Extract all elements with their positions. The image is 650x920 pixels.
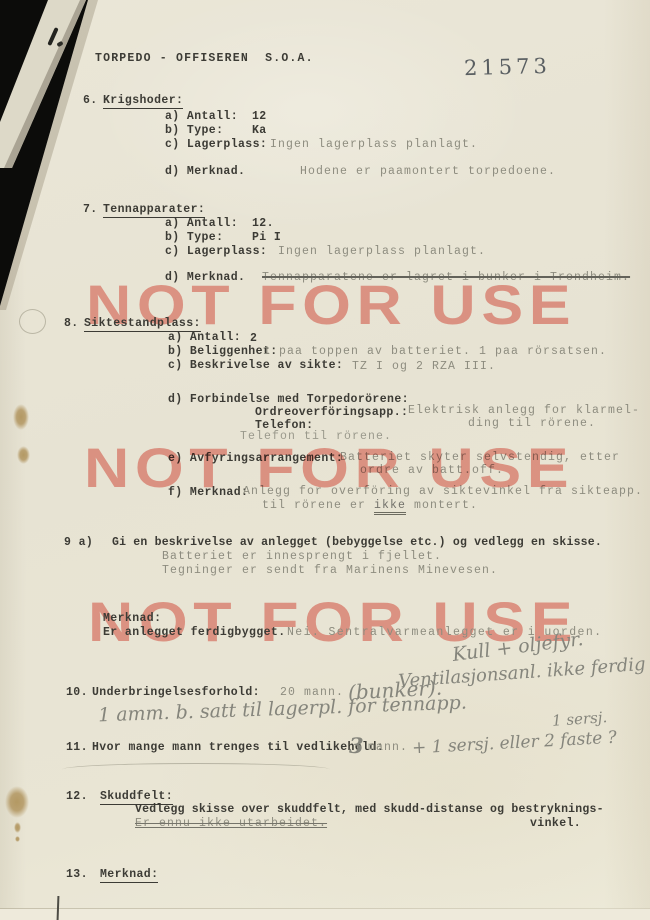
section9-title: Gi en beskrivelse av anlegget (bebyggels… (112, 536, 602, 549)
section7-a-value: 12. (252, 217, 274, 230)
section8-title: Siktestandplass: (84, 317, 201, 332)
section8-b-value: 1 paa toppen av batteriet. 1 paa rörsats… (263, 345, 607, 358)
paper-bottom-edge (0, 909, 650, 920)
brown-stain (13, 404, 29, 430)
section9-line2: Tegninger er sendt fra Marinens Minevese… (162, 564, 498, 577)
section8-b-label: b) Beliggenhet: (168, 345, 278, 358)
section7-a-label: a) Antall: (165, 217, 238, 230)
embossed-circle-stain (19, 309, 46, 334)
merknad-question: Er anlegget ferdigbygget. (103, 626, 286, 639)
section9-number: 9 a) (64, 536, 93, 549)
brown-stain-droplet (14, 822, 21, 833)
section9-line1: Batteriet er innesprengt i fjellet. (162, 550, 442, 563)
section6-b-label: b) Type: (165, 124, 223, 137)
section8-c-value: TZ I og 2 RZA III. (352, 360, 496, 373)
section6-d-label: d) Merknad. (165, 165, 245, 178)
section13-number: 13. (66, 868, 88, 881)
section8-f-value2: til rörene er ikke montert. (262, 499, 478, 512)
section8-d1-value: Elektrisk anlegg for klarmel- (408, 404, 640, 417)
section6-d-value: Hodene er paamontert torpedoene. (300, 165, 556, 178)
section7-number: 7. (83, 203, 98, 216)
section8-number: 8. (64, 317, 79, 330)
stamp-number: 21573 (464, 54, 551, 80)
section6-number: 6. (83, 94, 98, 107)
section11-label: Hvor mange mann trenges til vedlikehold: (92, 741, 384, 754)
section10-label: Underbringelsesforhold: (92, 686, 260, 699)
handwritten-sersj-note: 1 sersj. (551, 708, 607, 730)
section6-c-value: Ingen lagerplass planlagt. (270, 138, 478, 151)
section11-value-typed: mann. (368, 741, 408, 754)
section12-number: 12. (66, 790, 88, 803)
page-title: TORPEDO - OFFISEREN S.O.A. (95, 52, 314, 65)
brown-stain (17, 446, 30, 464)
section8-d-label: d) Forbindelse med Torpedorörene: (168, 393, 409, 406)
section7-b-label: b) Type: (165, 231, 223, 244)
section7-c-value: Ingen lagerplass planlagt. (278, 245, 486, 258)
section8-a-label: a) Antall: (168, 331, 241, 344)
section10-number: 10. (66, 686, 88, 699)
section6-a-label: a) Antall: (165, 110, 238, 123)
handwritten-maintenance-note: + 1 sersj. eller 2 faste ? (412, 728, 618, 759)
section8-d1-label: Ordreoverföringsapp.: (255, 406, 408, 419)
section8-d2-value: ding til rörene. (468, 417, 596, 430)
section8-c-label: c) Beskrivelse av sikte: (168, 359, 343, 372)
section7-c-label: c) Lagerplass: (165, 245, 267, 258)
section8-a-value: 2 (250, 332, 257, 345)
handwritten-maintenance-count: 3 (349, 733, 364, 758)
pencil-stroke (62, 763, 330, 776)
section6-title: Krigshoder: (103, 94, 183, 109)
merknad-title: Merknad: (103, 612, 161, 625)
section6-a-value: 12 (252, 110, 267, 123)
brown-stain-dot (15, 836, 20, 842)
not-for-use-watermark: NOT FOR USE (84, 435, 574, 500)
brown-stain (5, 786, 29, 818)
section6-c-label: c) Lagerplass: (165, 138, 267, 151)
section11-number: 11. (66, 741, 88, 754)
ikke-emphasis: ikke (374, 499, 406, 515)
paper-page: TORPEDO - OFFISEREN S.O.A. 21573 6. Krig… (0, 0, 650, 920)
section12-struck-text: Er ennu ikke utarbeidet. (135, 817, 327, 830)
section6-b-value: Ka (252, 124, 267, 137)
section12-line1: Vedlegg skisse over skuddfelt, med skudd… (135, 803, 604, 816)
section7-title: Tennapparater: (103, 203, 205, 218)
section7-b-value: Pi I (252, 231, 281, 244)
section13-title: Merknad: (100, 868, 158, 883)
section12-line2: vinkel. (530, 817, 581, 830)
scanned-document: TORPEDO - OFFISEREN S.O.A. 21573 6. Krig… (0, 0, 650, 920)
